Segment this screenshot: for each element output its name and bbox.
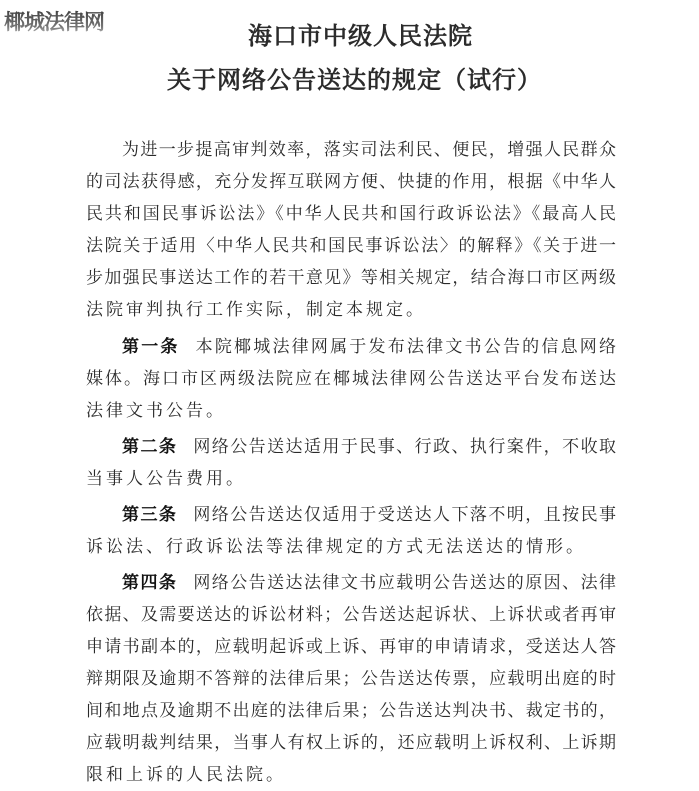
article-first-line: 第二条网络公告送达适用于民事、行政、执行案件，不收取 [86,431,616,463]
article-text: 网络公告送达适用于民事、行政、执行案件，不收取 [193,437,616,457]
preamble-paragraph: 为进一步提高审判效率，落实司法利民、便民，增强人民群众 的司法获得感，充分发挥互… [86,134,616,326]
text-line: 媒体。海口市区两级法院应在椰城法律网公告送达平台发布送达 [86,363,616,395]
article-number: 第二条 [122,437,177,457]
text-line: 诉讼法、行政诉讼法等法律规定的方式无法送达的情形。 [86,531,616,563]
article-1: 第一条本院椰城法律网属于发布法律文书公告的信息网络 媒体。海口市区两级法院应在椰… [86,331,616,427]
title-regulation-name: 关于网络公告送达的规定（试行） [0,58,699,102]
title-court-name: 海口市中级人民法院 [0,14,699,58]
text-line: 应载明裁判结果，当事人有权上诉的，还应载明上诉权利、上诉期 [86,727,616,759]
article-number: 第三条 [122,505,177,525]
article-number: 第一条 [122,337,180,357]
article-text: 网络公告送达仅适用于受送达人下落不明，且按民事 [193,505,616,525]
text-line: 法院审判执行工作实际，制定本规定。 [86,294,616,326]
document-title: 海口市中级人民法院 关于网络公告送达的规定（试行） [0,14,699,102]
text-line: 为进一步提高审判效率，落实司法利民、便民，增强人民群众 [86,134,616,166]
text-line: 民共和国民事诉讼法》《中华人民共和国行政诉讼法》《最高人民 [86,198,616,230]
article-first-line: 第三条网络公告送达仅适用于受送达人下落不明，且按民事 [86,499,616,531]
text-line: 申请书副本的，应载明起诉或上诉、再审的申请请求，受送达人答 [86,631,616,663]
article-3: 第三条网络公告送达仅适用于受送达人下落不明，且按民事 诉讼法、行政诉讼法等法律规… [86,499,616,563]
article-first-line: 第四条网络公告送达法律文书应载明公告送达的原因、法律 [86,567,616,599]
text-line: 辩期限及逾期不答辩的法律后果；公告送达传票，应载明出庭的时 [86,663,616,695]
text-line: 依据、及需要送达的诉讼材料；公告送达起诉状、上诉状或者再审 [86,599,616,631]
article-text: 本院椰城法律网属于发布法律文书公告的信息网络 [196,337,616,357]
article-number: 第四条 [122,573,177,593]
text-line: 法院关于适用〈中华人民共和国民事诉讼法〉的解释》《关于进一 [86,230,616,262]
text-line: 限和上诉的人民法院。 [86,759,616,791]
article-4: 第四条网络公告送达法律文书应载明公告送达的原因、法律 依据、及需要送达的诉讼材料… [86,567,616,791]
article-text: 网络公告送达法律文书应载明公告送达的原因、法律 [193,573,616,593]
text-line: 间和地点及逾期不出庭的法律后果；公告送达判决书、裁定书的， [86,695,616,727]
article-2: 第二条网络公告送达适用于民事、行政、执行案件，不收取 当事人公告费用。 [86,431,616,495]
text-line: 法律文书公告。 [86,395,616,427]
article-first-line: 第一条本院椰城法律网属于发布法律文书公告的信息网络 [86,331,616,363]
text-line: 当事人公告费用。 [86,463,616,495]
text-line: 步加强民事送达工作的若干意见》等相关规定，结合海口市区两级 [86,262,616,294]
document-body: 为进一步提高审判效率，落实司法利民、便民，增强人民群众 的司法获得感，充分发挥互… [86,134,616,791]
text-line: 的司法获得感，充分发挥互联网方便、快捷的作用，根据《中华人 [86,166,616,198]
